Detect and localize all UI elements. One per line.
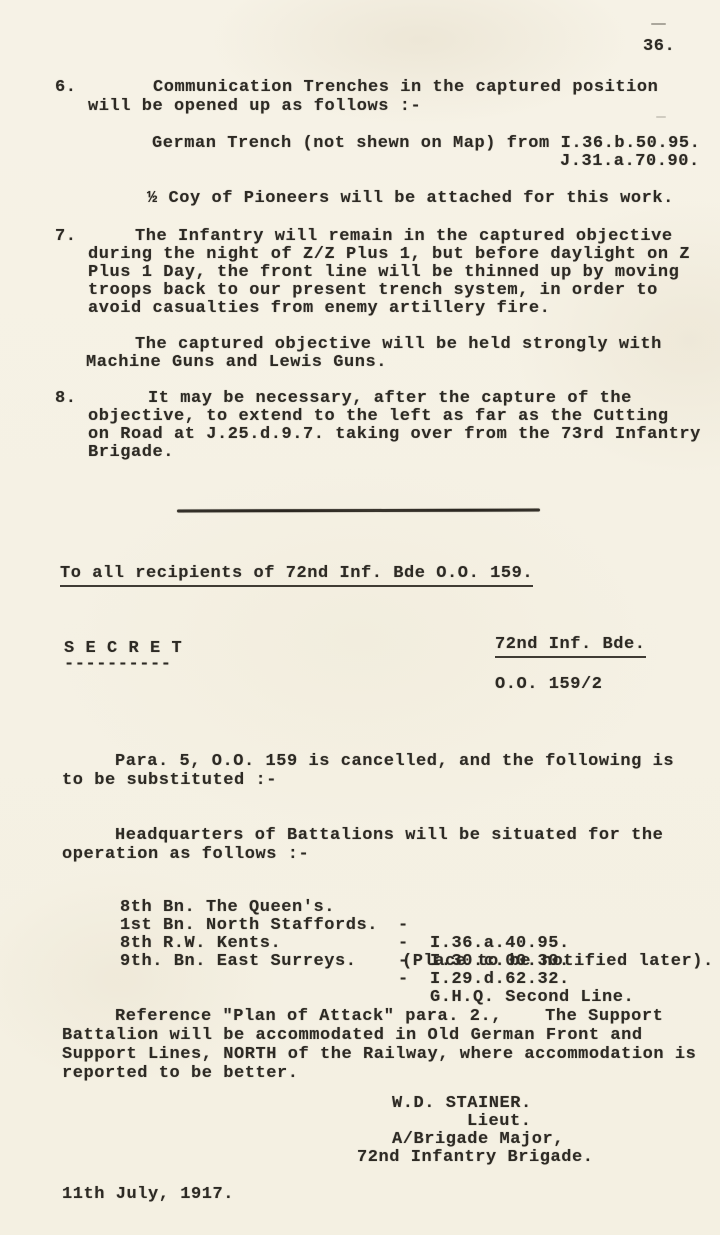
reference-line-4: reported to be better. <box>62 1065 299 1083</box>
para-8-line-3: on Road at J.25.d.9.7. taking over from … <box>88 426 701 444</box>
reference-line-1: Reference "Plan of Attack" para. 2., The… <box>115 1008 663 1026</box>
battalion-location: G.H.Q. Second Line. <box>430 989 634 1007</box>
cancel-line-1: Para. 5, O.O. 159 is cancelled, and the … <box>115 753 674 771</box>
battalion-row: 1st Bn. North Staffords. - I.30.c.00.30. <box>120 899 720 917</box>
para-6-line-1: Communication Trenches in the captured p… <box>153 79 658 97</box>
pencil-dash-mark <box>656 116 666 118</box>
battalion-row: 9th. Bn. East Surreys. - G.H.Q. Second L… <box>120 935 720 953</box>
section-divider-rule <box>177 509 540 513</box>
para-7-number: 7. <box>55 228 77 246</box>
document-date: 11th July, 1917. <box>62 1186 234 1204</box>
secret-dashes: ---------- <box>64 656 172 674</box>
para-6-trench-line-2: J.31.a.70.90. <box>560 153 700 171</box>
battalion-row: 8th R.W. Kents. - I.29.d.62.32. <box>120 917 720 935</box>
reference-line-3: Support Lines, NORTH of the Railway, whe… <box>62 1046 696 1064</box>
para-8-line-2: objective, to extend to the left as far … <box>88 408 669 426</box>
signature-rank: Lieut. <box>467 1113 532 1131</box>
para-7-line-1: The Infantry will remain in the captured… <box>135 228 673 246</box>
cancel-line-2: to be substituted :- <box>62 772 277 790</box>
battalion-name: 9th. Bn. East Surreys. <box>120 953 357 971</box>
para-6-number: 6. <box>55 79 77 97</box>
hq-line-2: operation as follows :- <box>62 846 309 864</box>
battalion-note: (Place to be notified later). <box>402 953 714 971</box>
para-8-line-4: Brigade. <box>88 444 174 462</box>
signature-title: A/Brigade Major, <box>392 1131 564 1149</box>
para-7-line-5: avoid casualties from enemy artillery fi… <box>88 300 550 318</box>
order-reference: O.O. 159/2 <box>495 676 603 694</box>
para-6-trench-line-1: German Trench (not shewn on Map) from I.… <box>152 135 700 153</box>
para-8-number: 8. <box>55 390 77 408</box>
para-6-line-2: will be opened up as follows :- <box>88 98 421 116</box>
recipients-heading: To all recipients of 72nd Inf. Bde O.O. … <box>60 565 533 587</box>
battalion-location: I.29.d.62.32. <box>430 971 570 989</box>
page-number: 36. <box>643 38 675 56</box>
unit-reference: 72nd Inf. Bde. <box>495 636 646 658</box>
para-7-line-4: troops back to our present trench system… <box>88 282 658 300</box>
para-7-line-6: The captured objective will be held stro… <box>135 336 662 354</box>
battalion-separator: - <box>398 971 409 989</box>
hq-line-1: Headquarters of Battalions will be situa… <box>115 827 663 845</box>
signature-unit: 72nd Infantry Brigade. <box>357 1149 594 1167</box>
para-8-line-1: It may be necessary, after the capture o… <box>148 390 632 408</box>
para-7-line-2: during the night of Z/Z Plus 1, but befo… <box>88 246 690 264</box>
battalion-row: 8th Bn. The Queen's. - I.36.a.40.95. <box>120 881 720 899</box>
signature-name: W.D. STAINER. <box>392 1095 532 1113</box>
para-7-line-3: Plus 1 Day, the front line will be thinn… <box>88 264 679 282</box>
para-6-pioneers-line: ½ Coy of Pioneers will be attached for t… <box>147 190 674 208</box>
reference-line-2: Battalion will be accommodated in Old Ge… <box>62 1027 643 1045</box>
pencil-dash-mark <box>651 23 666 25</box>
para-7-line-7: Machine Guns and Lewis Guns. <box>86 354 387 372</box>
document-page: 36. 6. Communication Trenches in the cap… <box>0 0 720 1235</box>
